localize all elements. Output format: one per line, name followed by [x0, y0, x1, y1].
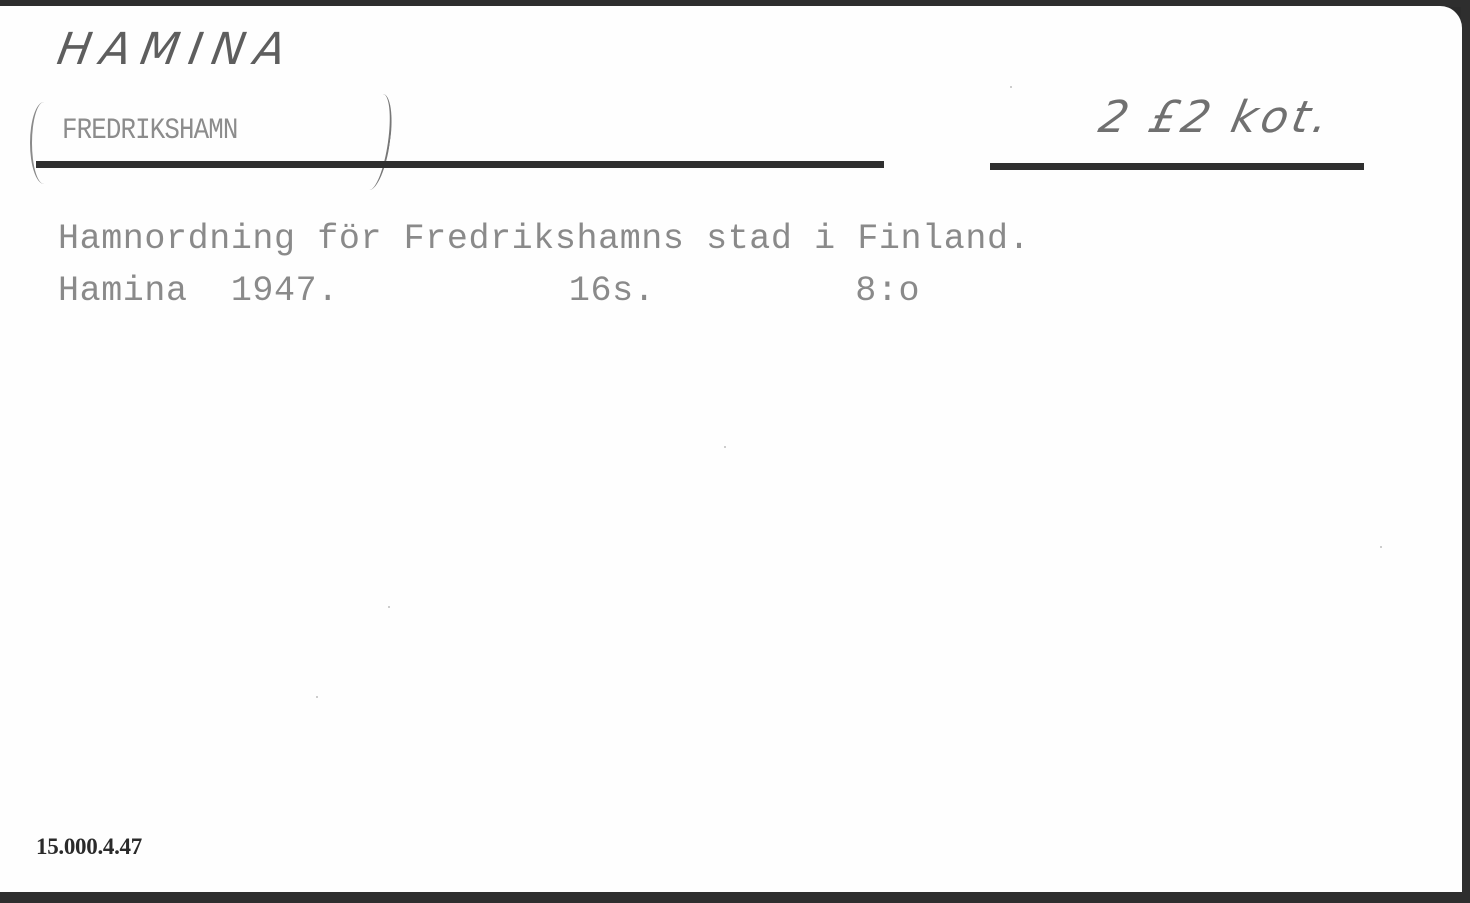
paper-speck	[1010, 86, 1012, 88]
book-format: 8:o	[855, 271, 920, 311]
paper-speck	[1380, 546, 1382, 548]
shelf-mark-handwritten: 2 £2 kot.	[1095, 92, 1337, 143]
title-line: Hamnordning för Fredrikshamns stad i Fin…	[58, 219, 1030, 259]
parenthesis-open	[30, 102, 58, 184]
paper-speck	[388, 606, 390, 608]
parenthesis-close	[355, 94, 396, 190]
pagination: 16s.	[569, 271, 655, 311]
card-print-code: 15.000.4.47	[36, 834, 142, 860]
catalog-card: HAMINA FREDRIKSHAMN 2 £2 kot. Hamnordnin…	[0, 6, 1462, 892]
heading-rule-right	[990, 163, 1364, 170]
scan-border-right	[1461, 0, 1470, 903]
imprint-line: Hamina 1947.16s.8:o	[58, 271, 920, 311]
place-year: Hamina 1947.	[58, 271, 339, 311]
heading-rule-left	[36, 161, 884, 168]
paper-speck	[316, 696, 318, 698]
original-name-typed: FREDRIKSHAMN	[62, 114, 237, 148]
scan-border-bottom	[0, 892, 1470, 903]
heading-handwritten: HAMINA	[54, 24, 300, 75]
paper-speck	[724, 446, 726, 448]
